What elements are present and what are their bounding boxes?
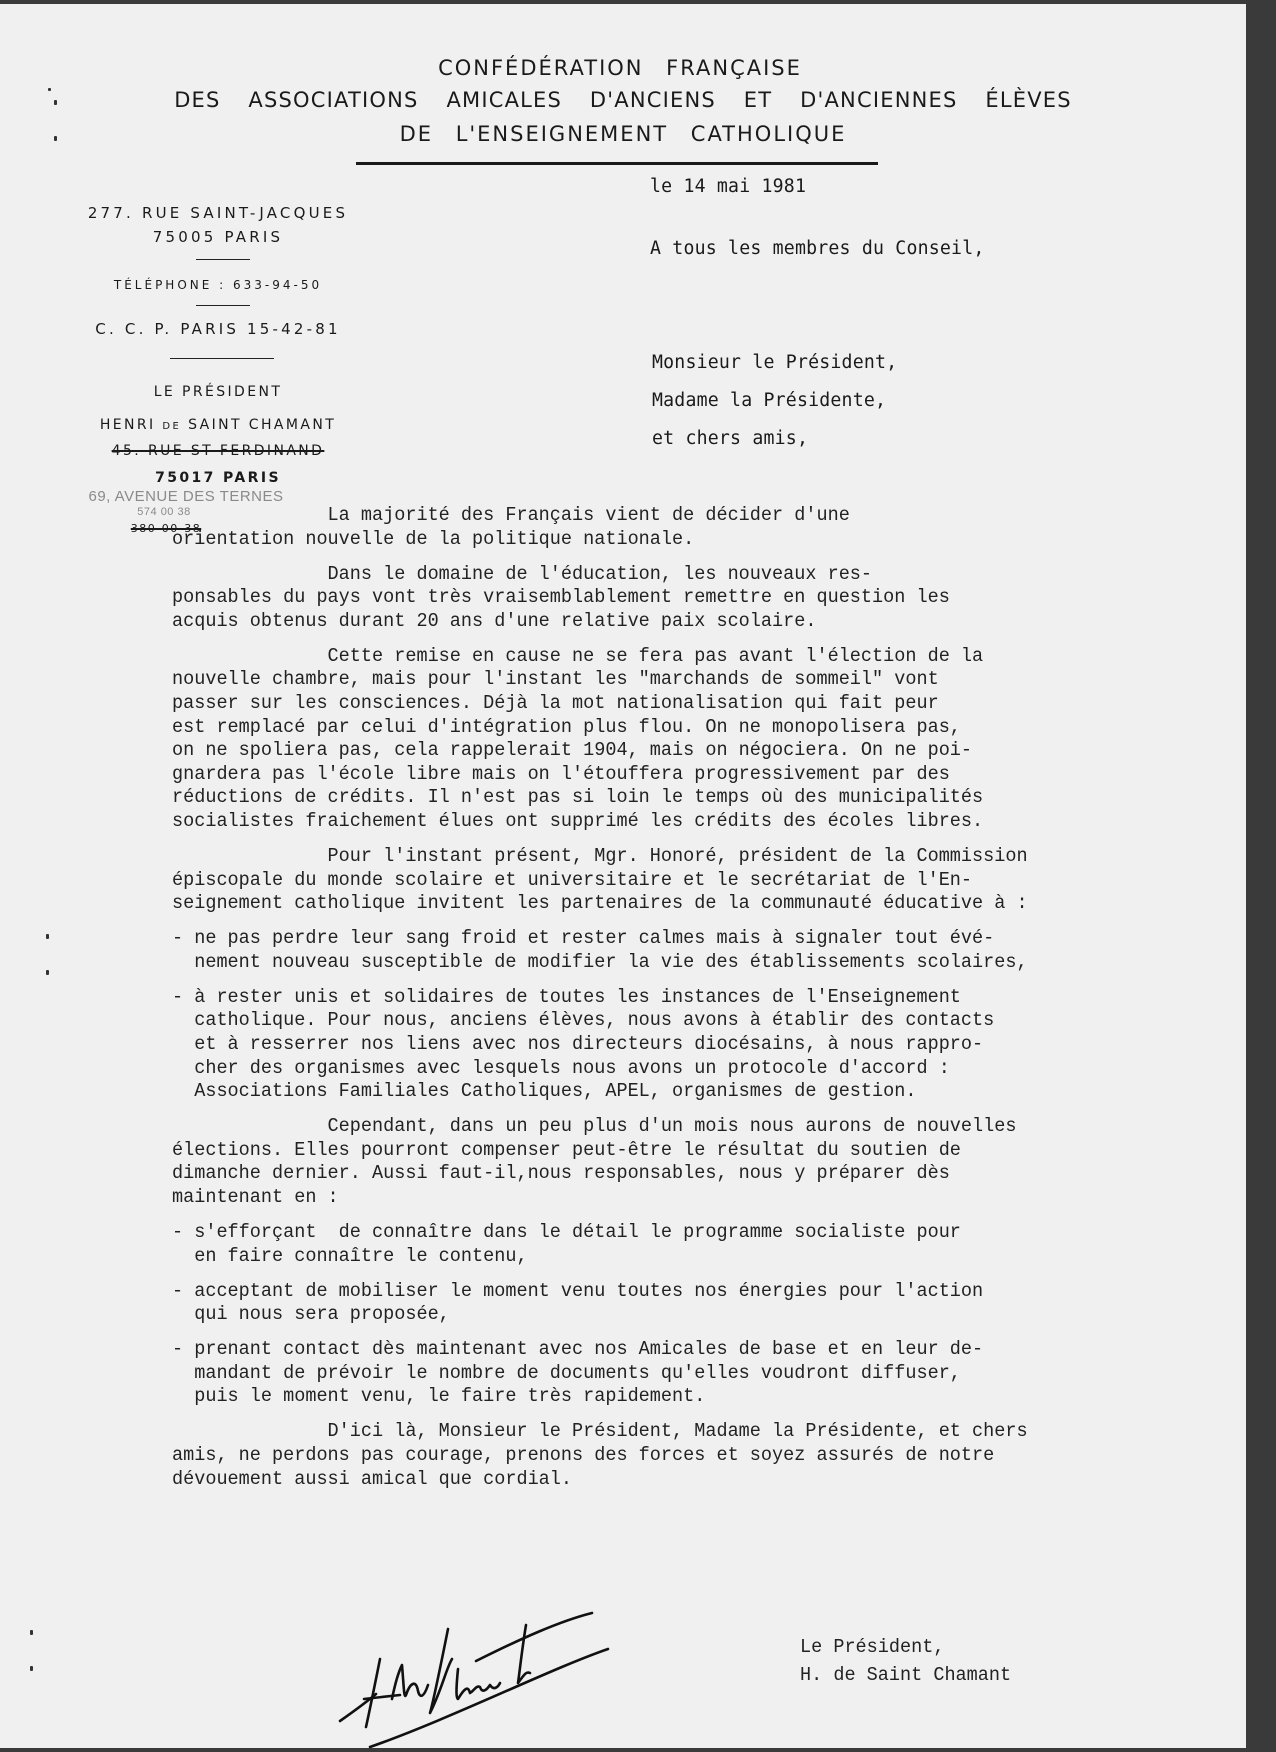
body-line: orientation nouvelle de la politique nat…	[172, 528, 694, 550]
letter-recipient: A tous les membres du Conseil,	[650, 238, 985, 259]
body-line: est remplacé par celui d'intégration plu…	[172, 716, 961, 738]
scan-dot	[54, 100, 57, 105]
body-line: catholique. Pour nous, anciens élèves, n…	[172, 1009, 994, 1031]
sidebar-telephone: TÉLÉPHONE : 633-94-50	[40, 278, 396, 292]
handwritten-signature-icon	[330, 1599, 690, 1749]
sidebar-stamp-address: 69, AVENUE DES TERNES	[8, 488, 364, 505]
body-line: épiscopale du monde scolaire et universi…	[172, 869, 972, 891]
salutation-line-1: Monsieur le Président,	[652, 352, 897, 373]
sidebar-president-name: HENRI DE SAINT CHAMANT	[40, 417, 396, 433]
letter-page: CONFÉDÉRATION FRANÇAISE DES ASSOCIATIONS…	[0, 4, 1246, 1748]
body-line: La majorité des Français vient de décide…	[172, 504, 850, 526]
body-line: D'ici là, Monsieur le Président, Madame …	[172, 1420, 1028, 1442]
sidebar-rule	[196, 305, 250, 306]
body-line: - s'efforçant de connaître dans le détai…	[172, 1221, 961, 1243]
body-line: Associations Familiales Catholiques, APE…	[172, 1080, 916, 1102]
sidebar-ccp: C. C. P. PARIS 15-42-81	[40, 320, 396, 338]
salutation-line-3: et chers amis,	[652, 428, 808, 449]
salutation-line-2: Madame la Présidente,	[652, 390, 886, 411]
sidebar-president-city: 75017 PARIS	[40, 470, 396, 486]
body-line: Pour l'instant présent, Mgr. Honoré, pré…	[172, 845, 1028, 867]
body-line: - prenant contact dès maintenant avec no…	[172, 1338, 983, 1360]
scan-dot	[48, 88, 51, 91]
body-line: et à resserrer nos liens avec nos direct…	[172, 1033, 983, 1055]
letterhead-line-3: DE L'ENSEIGNEMENT CATHOLIQUE	[0, 122, 1246, 146]
body-line: dévouement aussi amical que cordial.	[172, 1468, 572, 1490]
body-line: - à rester unis et solidaires de toutes …	[172, 986, 961, 1008]
president-last-name: SAINT CHAMANT	[188, 417, 336, 433]
sidebar-address-city: 75005 PARIS	[40, 228, 396, 246]
body-line: réductions de crédits. Il n'est pas si l…	[172, 786, 983, 808]
body-line: on ne spoliera pas, cela rappelerait 190…	[172, 739, 972, 761]
body-line: ponsables du pays vont très vraisemblabl…	[172, 586, 950, 608]
body-line: acquis obtenus durant 20 ans d'une relat…	[172, 610, 816, 632]
scan-dot	[30, 1630, 33, 1635]
body-line: Dans le domaine de l'éducation, les nouv…	[172, 563, 872, 585]
president-first-name: HENRI	[100, 417, 156, 433]
body-line: passer sur les consciences. Déjà la mot …	[172, 692, 939, 714]
sidebar-president-title: LE PRÉSIDENT	[40, 384, 396, 400]
body-line: puis le moment venu, le faire très rapid…	[172, 1385, 705, 1407]
body-line: nement nouveau susceptible de modifier l…	[172, 951, 1028, 973]
letterhead-line-1: CONFÉDÉRATION FRANÇAISE	[0, 56, 1243, 80]
body-line: amis, ne perdons pas courage, prenons de…	[172, 1444, 994, 1466]
body-line: socialistes fraichement élues ont suppri…	[172, 810, 983, 832]
scan-dot	[46, 934, 49, 939]
body-line: en faire connaître le contenu,	[172, 1245, 528, 1267]
body-line: - ne pas perdre leur sang froid et reste…	[172, 927, 994, 949]
body-line: qui nous sera proposée,	[172, 1303, 450, 1325]
scan-dot	[30, 1666, 33, 1671]
body-line: Cette remise en cause ne se fera pas ava…	[172, 645, 983, 667]
sidebar-old-street: 45. RUE ST FERDINAND	[40, 443, 396, 459]
sidebar-rule	[196, 259, 250, 260]
body-line: - acceptant de mobiliser le moment venu …	[172, 1280, 983, 1302]
body-line: dimanche dernier. Aussi faut-il,nous res…	[172, 1162, 950, 1184]
body-line: maintenant en :	[172, 1186, 339, 1208]
body-line: gnardera pas l'école libre mais on l'éto…	[172, 763, 950, 785]
letterhead-rule	[356, 162, 878, 165]
body-line: élections. Elles pourront compenser peut…	[172, 1139, 961, 1161]
scan-dot	[46, 970, 49, 975]
body-line: seignement catholique invitent les parte…	[172, 892, 1028, 914]
scan-dot	[54, 136, 57, 141]
closing-name: H. de Saint Chamant	[800, 1664, 1011, 1686]
sidebar-address-street: 277. RUE SAINT-JACQUES	[40, 204, 396, 222]
closing-title: Le Président,	[800, 1636, 944, 1658]
letterhead-line-2: DES ASSOCIATIONS AMICALES D'ANCIENS ET D…	[0, 88, 1246, 112]
body-line: nouvelle chambre, mais pour l'instant le…	[172, 668, 939, 690]
sidebar-rule	[170, 358, 274, 359]
scan-edge	[1246, 0, 1276, 1752]
letter-date: le 14 mai 1981	[650, 176, 806, 197]
body-line: cher des organismes avec lesquels nous a…	[172, 1057, 950, 1079]
body-line: Cependant, dans un peu plus d'un mois no…	[172, 1115, 1016, 1137]
body-line: mandant de prévoir le nombre de document…	[172, 1362, 961, 1384]
president-particle: DE	[162, 421, 181, 432]
